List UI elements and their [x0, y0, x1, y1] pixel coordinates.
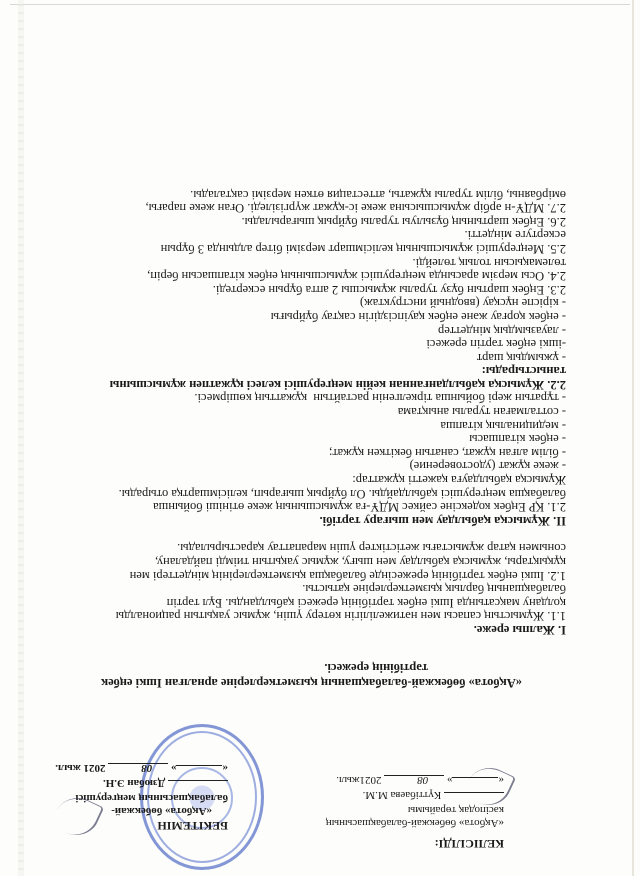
approved-position: балабақшасының меңгерушісі — [28, 791, 228, 804]
date-day-line — [177, 765, 223, 776]
section-1-heading: І. Жалпы ереже. — [0, 622, 566, 636]
agreed-heading: КЕЛІСІЛДІ: — [264, 837, 504, 850]
date-month-line: 08 — [108, 763, 168, 774]
paper-edge-bottom — [10, 4, 630, 5]
section-2-text-b: - ұжымдық шарт -ішкі еңбек тәртіп ережес… — [0, 187, 566, 364]
agreed-position: кәсіподақ төрайымы — [264, 803, 504, 816]
section-2-2-heading: 2.2. Жұмысқа қабылданғаннан кейін меңгер… — [0, 377, 566, 391]
scanned-document-page: КЕЛІСІЛДІ: «Ақбота» бөбекжай-балабақшасы… — [0, 0, 640, 876]
paper-edge — [632, 0, 634, 876]
approved-name: Дзюбан Э.Н. — [103, 777, 165, 789]
approved-block: БЕКІТЕМІН «Ақбота» бөбекжай- балабақшасы… — [28, 761, 268, 832]
signature-line — [168, 780, 228, 791]
document-body: І. Жалпы ереже. 1.1. Жұмыстың сапасы мен… — [0, 187, 566, 636]
section-1-text: 1.1. Жұмыстың сапасы мен нәтижелілігін к… — [0, 541, 566, 623]
agreed-name: Күттібаева М.М. — [363, 789, 442, 801]
section-2-heading: ІІ. Жұмысқа қабылдау мен шығару тәртібі. — [0, 513, 566, 527]
section-2-text-a: 2.1. ҚР Еңбек кодексіне сәйкес МДҰ-ға жұ… — [0, 391, 566, 513]
approved-name-line: Дзюбан Э.Н. — [28, 776, 228, 791]
approved-date: «» 08 2021 жыл. — [28, 761, 228, 776]
document-title: «Ақбота» бөбекжай-балабақшаның қызметкер… — [0, 660, 570, 690]
agreed-org: «Ақбота» бөбекжай-балабақшасының — [264, 816, 504, 829]
date-month-line: 08 — [384, 775, 444, 786]
section-2-2-heading-cont: таныстырады: — [0, 364, 566, 378]
agreed-block: КЕЛІСІЛДІ: «Ақбота» бөбекжай-балабақшасы… — [264, 773, 504, 850]
